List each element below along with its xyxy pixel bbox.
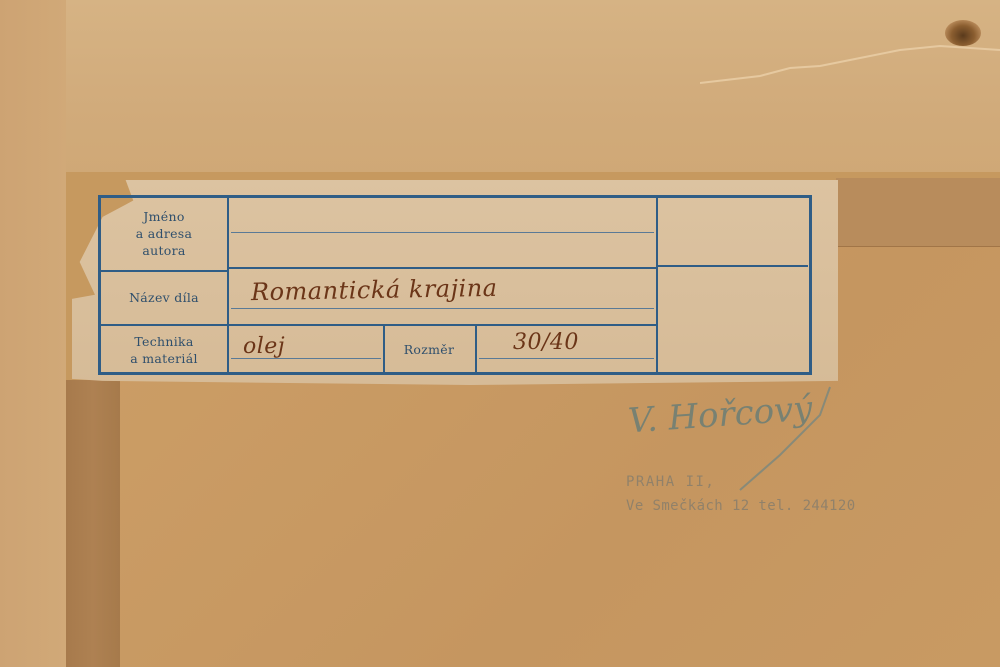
- title-field-label: Název díla: [101, 289, 227, 306]
- size-value: 30/40: [513, 330, 579, 355]
- technique-value: olej: [243, 334, 285, 359]
- stamp-city: PRAHA II,: [626, 474, 715, 490]
- author-label-line: autora: [101, 242, 227, 259]
- technique-label-line: a materiál: [101, 350, 227, 367]
- author-label-line: a adresa: [101, 225, 227, 242]
- backing-paper-left: [0, 0, 66, 667]
- author-field-label: Jméno a adresa autora: [101, 208, 227, 259]
- tape-strip-vertical: [66, 380, 120, 667]
- tape-strip-horizontal: [836, 178, 1000, 247]
- form-divider: [101, 324, 656, 326]
- form-divider: [229, 267, 656, 269]
- writing-line: [479, 358, 654, 359]
- writing-line: [231, 308, 654, 309]
- label-form: Jméno a adresa autora Název díla Technik…: [98, 195, 812, 375]
- technique-field-label: Technika a materiál: [101, 333, 227, 367]
- form-divider: [475, 325, 477, 372]
- size-field-label: Rozměr: [383, 341, 475, 358]
- nail-hole: [945, 20, 981, 46]
- form-divider: [658, 265, 808, 267]
- stamp-address: Ve Smečkách 12 tel. 244120: [626, 498, 856, 514]
- backing-paper-top: [0, 0, 1000, 178]
- form-divider: [656, 198, 658, 372]
- technique-label-line: Technika: [101, 333, 227, 350]
- form-divider: [227, 198, 229, 372]
- writing-line: [231, 232, 654, 233]
- title-value: Romantická krajina: [251, 274, 498, 306]
- form-divider: [101, 270, 227, 272]
- author-label-line: Jméno: [101, 208, 227, 225]
